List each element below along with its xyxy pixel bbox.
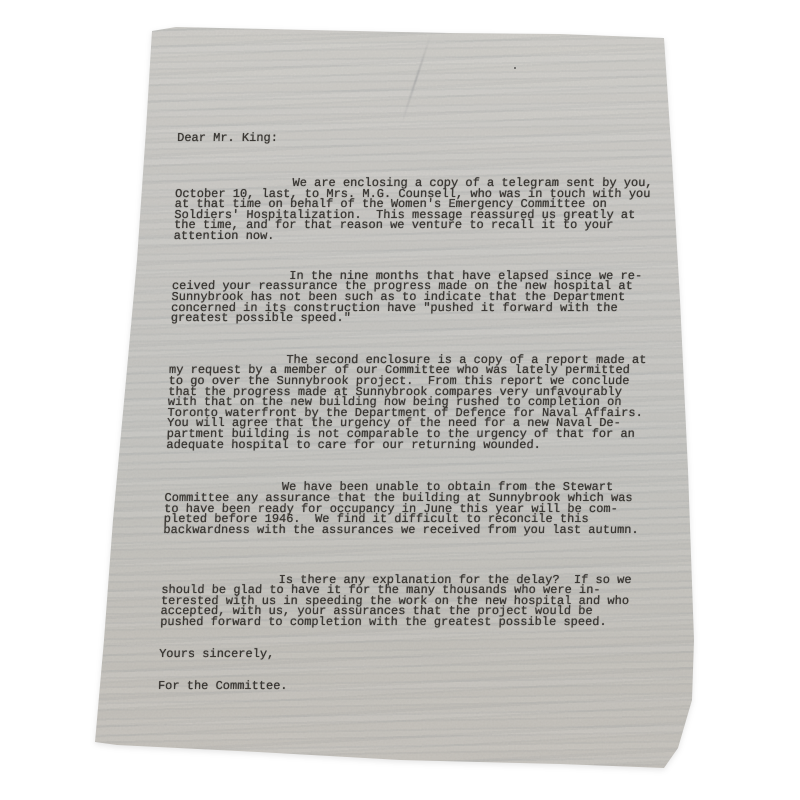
paragraph-telegram-enclosed: We are enclosing a copy of a telegram se… bbox=[173, 178, 675, 242]
photo-background: Dear Mr. King: We are enclosing a copy o… bbox=[0, 0, 800, 800]
salutation: Dear Mr. King: bbox=[177, 133, 677, 144]
paragraph-explanation-request: Is there any explanation for the delay? … bbox=[160, 575, 662, 628]
paragraph-second-enclosure: The second enclosure is a copy of a repo… bbox=[166, 355, 669, 450]
paragraph-nine-months: In the nine months that have elapsed sin… bbox=[171, 271, 673, 324]
closing-line: Yours sincerely, bbox=[159, 649, 659, 660]
signature-line: For the Committee. bbox=[158, 681, 658, 692]
paper-shadow-wrap: Dear Mr. King: We are enclosing a copy o… bbox=[0, 0, 800, 800]
ink-speck bbox=[514, 67, 516, 69]
letter-text: Dear Mr. King: We are enclosing a copy o… bbox=[157, 112, 678, 712]
paragraph-stewart-committee: We have been unable to obtain from the S… bbox=[163, 482, 665, 535]
letter-paper: Dear Mr. King: We are enclosing a copy o… bbox=[0, 0, 800, 800]
